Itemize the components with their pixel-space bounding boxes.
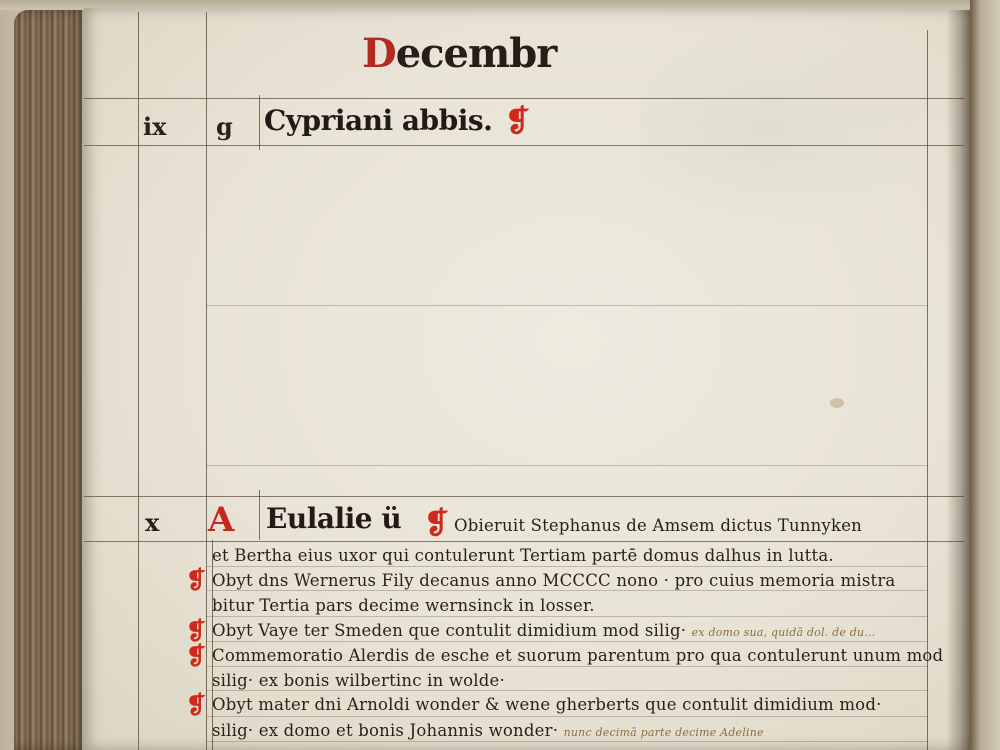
obit-line: Obyt dns Wernerus Fily decanus anno MCCC… [212, 571, 895, 590]
show-through-stain [640, 30, 940, 230]
feast-name: Eulalie ü [266, 502, 401, 535]
obit-line: et Bertha eius uxor qui contulerunt Tert… [212, 546, 834, 565]
ruling-blank-2 [206, 465, 928, 466]
obit-line: silig· ex bonis wilbertinc in wolde· [212, 671, 505, 690]
ruling-text-5 [206, 666, 928, 667]
ruling-text-7 [206, 716, 928, 717]
month-rest: ecembr [396, 30, 557, 77]
ruling-text-6 [206, 690, 928, 691]
ruling-blank-1 [206, 305, 928, 306]
ruling-text-8 [206, 741, 928, 742]
paragraph-mark: ❡ [186, 565, 206, 594]
paragraph-mark: ❡ [186, 690, 206, 719]
ruling-col-1 [138, 12, 139, 750]
ruling-row-3 [84, 496, 964, 497]
month-initial: D [362, 30, 396, 77]
obit-line: Obieruit Stephanus de Amsem dictus Tunny… [454, 516, 862, 535]
ruling-text-1 [206, 566, 928, 567]
marginal-gloss: ex domo sua, quidā dol. de du… [692, 626, 876, 639]
obit-line: Obyt Vaye ter Smeden que contulit dimidi… [212, 621, 875, 640]
obit-line: Obyt mater dni Arnoldi wonder & wene ghe… [212, 695, 882, 714]
ruling-row-1 [84, 98, 964, 99]
ruling-col-3b [259, 490, 260, 540]
paragraph-mark: ❡ [424, 506, 449, 541]
gutter-shadow [946, 10, 972, 750]
paragraph-mark: ❡ [505, 104, 530, 139]
feast-name: Cypriani abbis. [264, 104, 492, 137]
paragraph-mark: ❡ [186, 641, 206, 670]
golden-number: ix [143, 112, 166, 141]
feast-text: Eulalie ü [266, 502, 401, 535]
obit-line: bitur Tertia pars decime wernsinck in lo… [212, 596, 595, 615]
page-edges-stack [14, 10, 86, 750]
obit-text: silig· ex domo et bonis Johannis wonder· [212, 721, 558, 740]
obit-line: Commemoratio Alerdis de esche et suorum … [212, 646, 943, 665]
obit-text: Obyt Vaye ter Smeden que contulit dimidi… [212, 621, 686, 640]
ruling-col-3 [259, 95, 260, 150]
dominical-letter: A [208, 500, 234, 540]
marginal-gloss: nunc decimā parte decime Adeline [564, 726, 764, 739]
ruling-row-2 [84, 145, 964, 146]
ruling-text-3 [206, 616, 928, 617]
ruling-text-4 [206, 641, 928, 642]
facing-page-edge [970, 0, 1000, 750]
golden-number: x [145, 508, 159, 537]
ruling-right [927, 30, 928, 750]
month-heading: Decembr [362, 30, 556, 77]
stain-spot [830, 398, 844, 408]
dominical-letter: g [216, 112, 233, 141]
ruling-text-2 [206, 590, 928, 591]
ruling-row-4 [84, 541, 964, 542]
ruling-col-2 [206, 12, 207, 750]
feast-text: Cypriani abbis. [264, 104, 492, 137]
obit-line: silig· ex domo et bonis Johannis wonder·… [212, 721, 764, 740]
